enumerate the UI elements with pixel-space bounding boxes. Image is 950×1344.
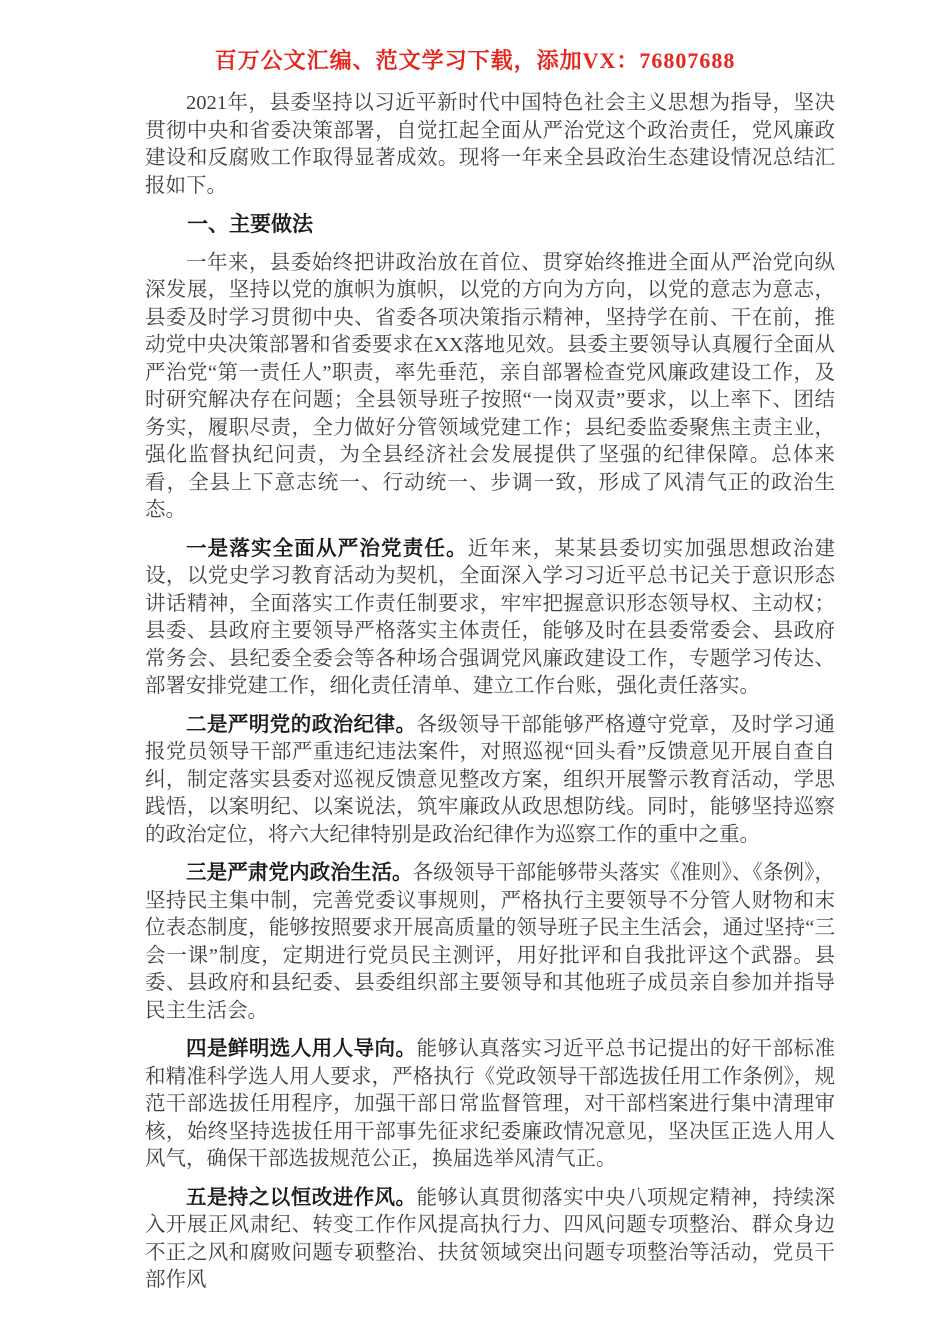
section-heading: 一、主要做法 xyxy=(145,211,835,239)
point-paragraph-3: 三是严肃党内政治生活。各级领导干部能够带头落实《准则》、《条例》，坚持民主集中制… xyxy=(145,860,835,1025)
point-paragraph-2: 二是严明党的政治纪律。各级领导干部能够严格遵守党章，及时学习通报党员领导干部严重… xyxy=(145,712,835,850)
point-text-3: 各级领导干部能够带头落实《准则》、《条例》，坚持民主集中制，完善党委议事规则，严… xyxy=(145,862,835,1022)
point-lead-5: 五是持之以恒改进作风。 xyxy=(186,1187,416,1209)
overview-paragraph: 一年来，县委始终把讲政治放在首位、贯穿始终推进全面从严治党向纵深发展，坚持以党的… xyxy=(145,250,835,525)
document-page: 百万公文汇编、范文学习下载，添加VX：76807688 2021年，县委坚持以习… xyxy=(0,0,950,1344)
point-lead-1: 一是落实全面从严治党责任。 xyxy=(186,538,468,560)
point-lead-2: 二是严明党的政治纪律。 xyxy=(186,714,416,736)
point-text-1: 近年来，某某县委切实加强思想政治建设，以党史学习教育活动为契机，全面深入学习习近… xyxy=(145,538,835,698)
point-paragraph-5: 五是持之以恒改进作风。能够认真贯彻落实中央八项规定精神，持续深入开展正风肃纪、转… xyxy=(145,1185,835,1295)
point-paragraph-4: 四是鲜明选人用人导向。能够认真落实习近平总书记提出的好干部标准和精准科学选人用人… xyxy=(145,1036,835,1174)
page-number: 1 xyxy=(356,1245,365,1265)
point-lead-3: 三是严肃党内政治生活。 xyxy=(186,862,413,884)
intro-paragraph: 2021年，县委坚持以习近平新时代中国特色社会主义思想为指导，坚决贯彻中央和省委… xyxy=(145,90,835,200)
point-paragraph-1: 一是落实全面从严治党责任。近年来，某某县委切实加强思想政治建设，以党史学习教育活… xyxy=(145,536,835,701)
point-lead-4: 四是鲜明选人用人导向。 xyxy=(186,1038,416,1060)
document-body: 2021年，县委坚持以习近平新时代中国特色社会主义思想为指导，坚决贯彻中央和省委… xyxy=(145,90,835,1306)
promo-header-text: 百万公文汇编、范文学习下载，添加VX：76807688 xyxy=(0,44,950,75)
